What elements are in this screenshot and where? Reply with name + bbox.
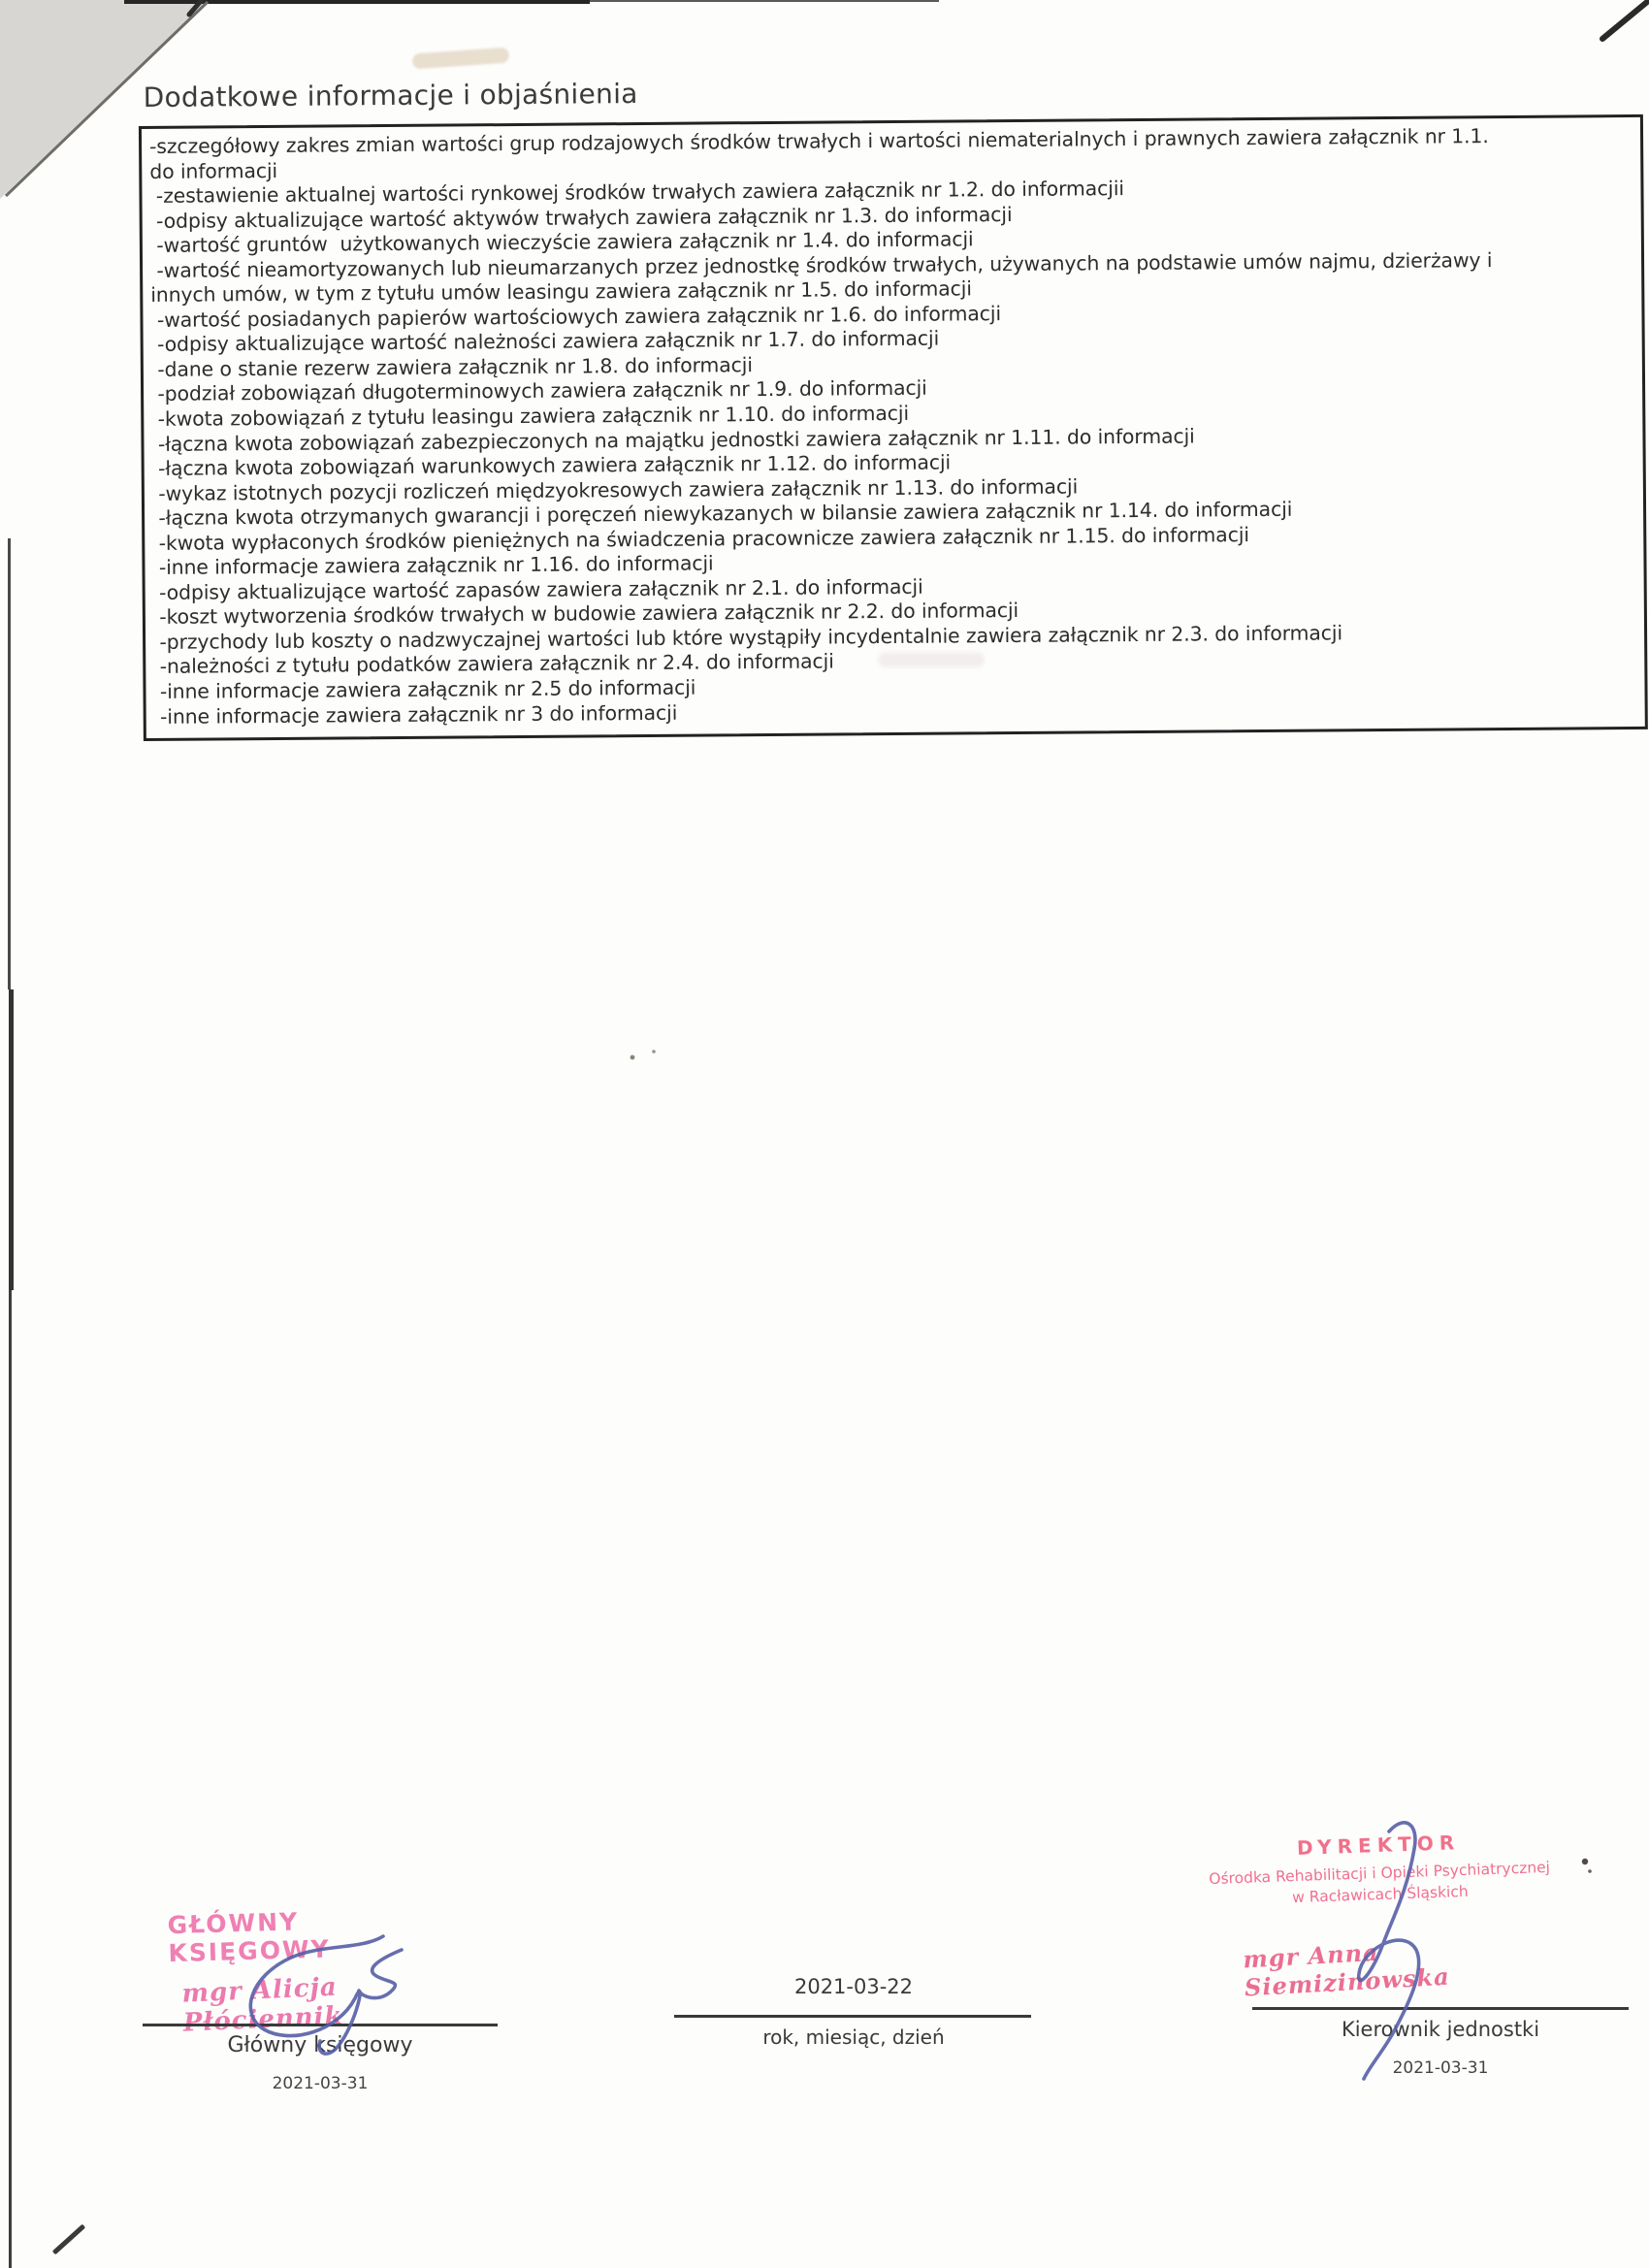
notes-box: -szczegółowy zakres zmian wartości grup … <box>139 114 1648 741</box>
unit-manager-date: 2021-03-31 <box>1252 2058 1629 2078</box>
ink-speck <box>652 1050 656 1053</box>
chief-accountant-date: 2021-03-31 <box>143 2074 498 2093</box>
ink-speck <box>1582 1859 1588 1864</box>
unit-manager-role-label: Kierownik jednostki <box>1252 2018 1629 2041</box>
scanned-page: Dodatkowe informacje i objaśnienia -szcz… <box>0 0 1649 2268</box>
chief-accountant-stamp: GŁÓWNY KSIĘGOWY <box>167 1903 460 1967</box>
scan-smudge <box>412 48 510 70</box>
signature-line-center <box>674 2015 1031 2018</box>
scan-edge-top-faint <box>590 0 939 2</box>
director-name-stamp: mgr Anna Siemizinowska <box>1243 1928 1575 2002</box>
chief-accountant-name-stamp: mgr Alicja Płóciennik <box>181 1966 474 2038</box>
scan-edge-left <box>9 1290 12 2268</box>
scan-edge-left <box>8 538 11 989</box>
signature-line-right <box>1252 2007 1629 2010</box>
director-stamp: DYREKTOR Ośrodka Rehabilitacji i Opieki … <box>1190 1827 1568 1911</box>
scan-mark-bottom-left <box>52 2224 86 2255</box>
ink-speck <box>1588 1869 1592 1873</box>
scan-edge-left <box>9 989 14 1290</box>
ink-speck <box>630 1055 635 1060</box>
page-title: Dodatkowe informacje i objaśnienia <box>144 78 638 113</box>
date-caption: rok, miesiąc, dzień <box>674 2025 1033 2049</box>
chief-accountant-role-label: Główny księgowy <box>143 2033 498 2057</box>
document-date: 2021-03-22 <box>674 1975 1033 1998</box>
scan-edge-top <box>124 0 590 4</box>
signature-line-left <box>143 2024 498 2026</box>
scan-slash-top-right <box>1602 2 1647 39</box>
